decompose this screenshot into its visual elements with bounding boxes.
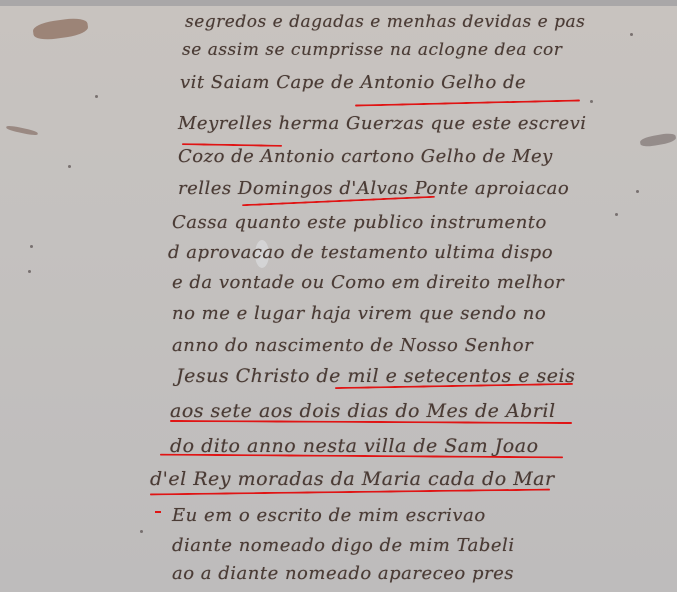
speck	[615, 213, 618, 216]
manuscript-line: d aprovacao de testamento ultima dispo	[168, 242, 553, 263]
manuscript-line: Eu em o escrito de mim escrivao	[172, 505, 486, 526]
ink-stain	[6, 125, 38, 137]
manuscript-line: Meyrelles herma Guerzas que este escrevi	[178, 113, 587, 134]
manuscript-line: relles Domingos d'Alvas Ponte aproiacao	[178, 178, 569, 199]
manuscript-line: Cozo de Antonio cartono Gelho de Mey	[178, 146, 553, 167]
manuscript-line: ao a diante nomeado apareceo pres	[172, 563, 514, 584]
manuscript-line: no me e lugar haja virem que sendo no	[172, 303, 546, 324]
ink-stain	[639, 132, 676, 148]
manuscript-line: diante nomeado digo de mim Tabeli	[172, 535, 515, 556]
manuscript-line: anno do nascimento de Nosso Senhor	[172, 335, 533, 356]
manuscript-line: d'el Rey moradas da Maria cada do Mar	[150, 468, 555, 490]
speck	[68, 165, 71, 168]
red-dash-mark	[155, 511, 161, 513]
manuscript-line: aos sete aos dois dias do Mes de Abril	[170, 400, 556, 422]
manuscript-line: se assim se cumprisse na aclogne dea cor	[182, 40, 562, 60]
speck	[95, 95, 98, 98]
manuscript-line: vit Saiam Cape de Antonio Gelho de	[180, 72, 526, 93]
page-top-edge	[0, 0, 677, 6]
manuscript-line: Cassa quanto este publico instrumento	[172, 212, 547, 233]
ink-stain	[32, 16, 89, 41]
speck	[636, 190, 639, 193]
speck	[630, 33, 633, 36]
manuscript-page: segredos e dagadas e menhas devidas e pa…	[0, 0, 677, 592]
speck	[28, 270, 31, 273]
speck	[140, 530, 143, 533]
speck	[30, 245, 33, 248]
manuscript-line: e da vontade ou Como em direito melhor	[172, 272, 564, 293]
speck	[590, 100, 593, 103]
red-underline-antonio-gelho	[355, 99, 580, 106]
manuscript-line: segredos e dagadas e menhas devidas e pa…	[185, 12, 585, 32]
